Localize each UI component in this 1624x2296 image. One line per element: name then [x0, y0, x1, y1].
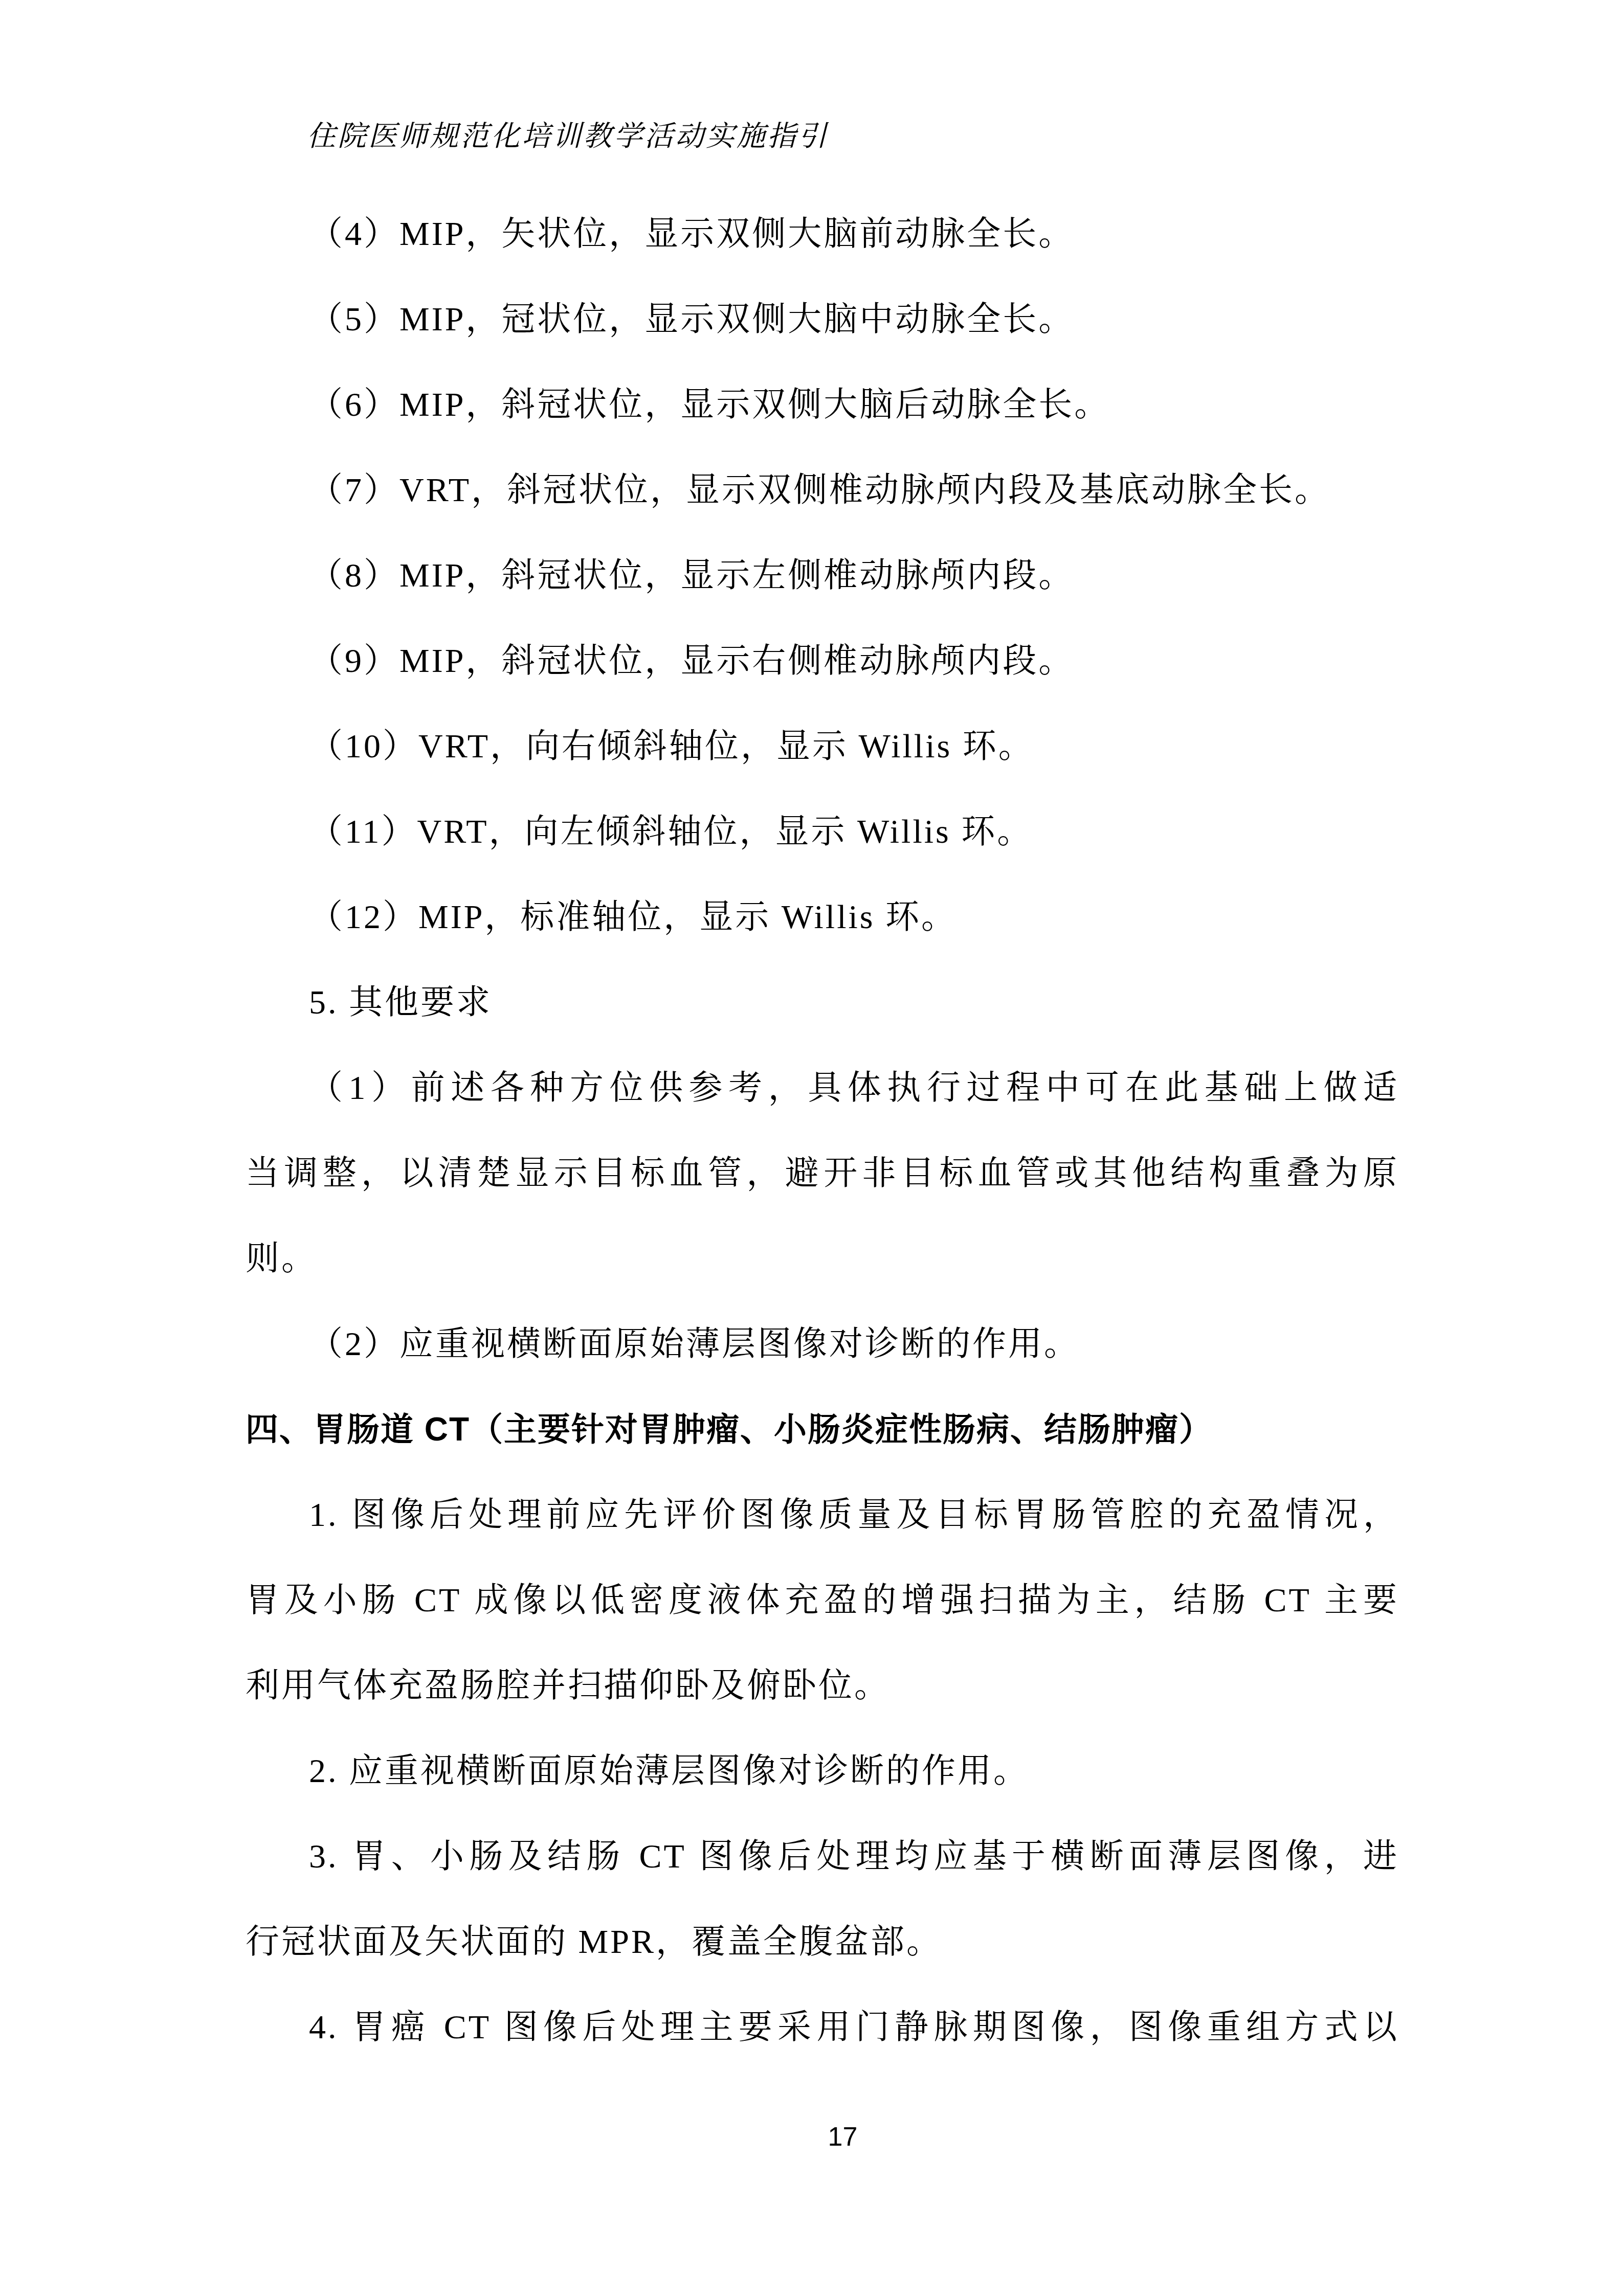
text-line: 行冠状面及矢状面的 MPR，覆盖全腹盆部。 [246, 1899, 1399, 1985]
section-heading: 四、胃肠道 CT（主要针对胃肿瘤、小肠炎症性肠病、结肠肿瘤） [246, 1387, 1399, 1472]
text-line: （2）应重视横断面原始薄层图像对诊断的作用。 [246, 1301, 1399, 1387]
text-line: 利用气体充盈肠腔并扫描仰卧及俯卧位。 [246, 1643, 1399, 1728]
text-line: 则。 [246, 1216, 1399, 1301]
text-line: （6）MIP，斜冠状位，显示双侧大脑后动脉全长。 [246, 362, 1399, 447]
page-number: 17 [0, 2121, 1624, 2153]
text-line: （9）MIP，斜冠状位，显示右侧椎动脉颅内段。 [246, 618, 1399, 704]
text-line: （11）VRT，向左倾斜轴位，显示 Willis 环。 [246, 789, 1399, 874]
text-line: 1. 图像后处理前应先评价图像质量及目标胃肠管腔的充盈情况， [246, 1472, 1399, 1558]
document-body: （4）MIP，矢状位，显示双侧大脑前动脉全长。（5）MIP，冠状位，显示双侧大脑… [246, 191, 1399, 2070]
text-line: 胃及小肠 CT 成像以低密度液体充盈的增强扫描为主，结肠 CT 主要 [246, 1558, 1399, 1643]
page-header: 住院医师规范化培训教学活动实施指引 [307, 120, 829, 153]
text-line: 3. 胃、小肠及结肠 CT 图像后处理均应基于横断面薄层图像，进 [246, 1814, 1399, 1899]
text-line: 2. 应重视横断面原始薄层图像对诊断的作用。 [246, 1728, 1399, 1814]
text-line: （7）VRT，斜冠状位，显示双侧椎动脉颅内段及基底动脉全长。 [246, 447, 1399, 533]
text-line: （12）MIP，标准轴位，显示 Willis 环。 [246, 874, 1399, 960]
text-line: （10）VRT，向右倾斜轴位，显示 Willis 环。 [246, 704, 1399, 789]
text-line: 4. 胃癌 CT 图像后处理主要采用门静脉期图像，图像重组方式以 [246, 1985, 1399, 2070]
document-page: 住院医师规范化培训教学活动实施指引 （4）MIP，矢状位，显示双侧大脑前动脉全长… [0, 0, 1624, 2296]
text-line: （5）MIP，冠状位，显示双侧大脑中动脉全长。 [246, 277, 1399, 362]
text-line: （8）MIP，斜冠状位，显示左侧椎动脉颅内段。 [246, 533, 1399, 618]
text-line: 5. 其他要求 [246, 960, 1399, 1045]
text-line: （4）MIP，矢状位，显示双侧大脑前动脉全长。 [246, 191, 1399, 277]
text-line: 当调整，以清楚显示目标血管，避开非目标血管或其他结构重叠为原 [246, 1131, 1399, 1216]
text-line: （1）前述各种方位供参考，具体执行过程中可在此基础上做适 [246, 1045, 1399, 1131]
